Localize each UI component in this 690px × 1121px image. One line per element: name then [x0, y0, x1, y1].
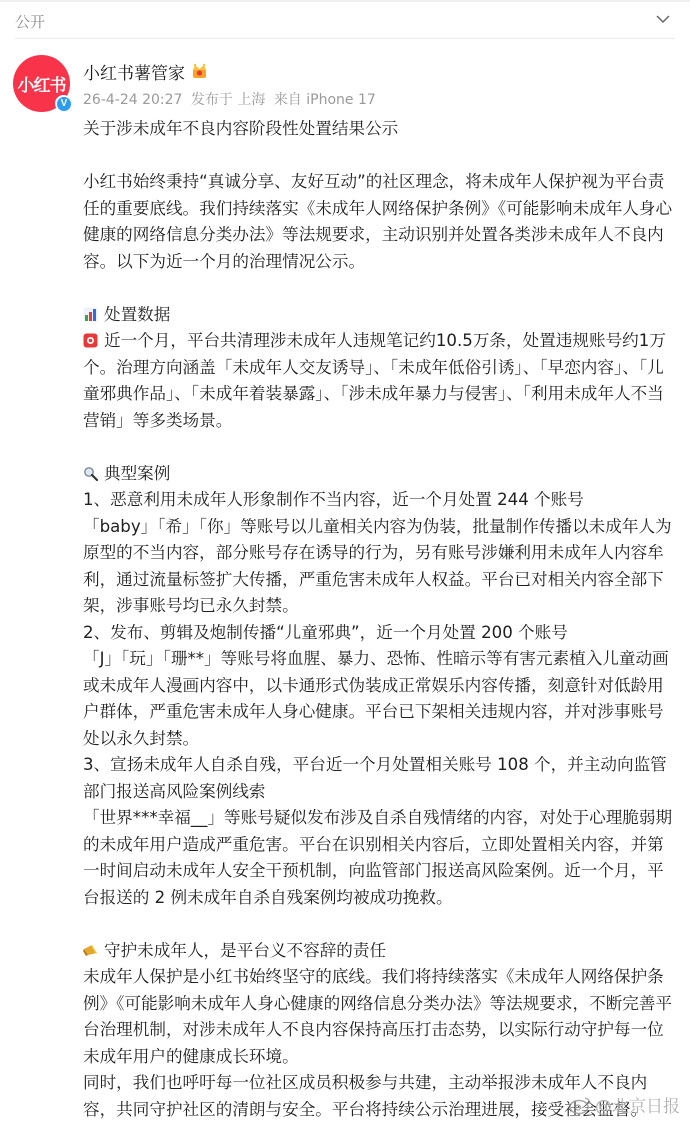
case-1-title: 1、恶意利用未成年人形象制作不当内容，近一个月处置 244 个账号 — [83, 487, 675, 514]
post-intro: 小红书始终秉持“真诚分享、友好互动”的社区理念，将未成年人保护视为平台责任的重要… — [83, 169, 675, 275]
crown-icon — [191, 63, 208, 79]
megaphone-icon — [83, 943, 98, 958]
case-2-title: 2、发布、剪辑及炮制传播“儿童邪典”，近一个月处置 200 个账号 — [83, 620, 675, 647]
post-device: 来自 iPhone 17 — [274, 92, 376, 108]
case-3-title: 3、宣扬未成年人自杀自残，平台近一个月处置相关账号 108 个，并主动向监管部门… — [83, 752, 675, 805]
case-2-body: 「J」「玩」「珊**」等账号将血腥、暴力、恐怖、性暗示等有害元素植入儿童动画或未… — [83, 646, 675, 752]
post-content: 关于涉未成年不良内容阶段性处置结果公示 小红书始终秉持“真诚分享、友好互动”的社… — [83, 116, 675, 1121]
responsibility-paragraph-1: 未成年人保护是小红书始终坚守的底线。我们将持续落实《未成年人网络保护条例》《可能… — [83, 964, 675, 1070]
visibility-label: 公开 — [15, 11, 45, 32]
source-watermark: @北京日报 — [568, 1092, 680, 1117]
post-meta: 26-4-24 20:27 发布于 上海 来自 iPhone 17 — [83, 89, 380, 109]
case-3-body: 「世界***幸福__」等账号疑似发布涉及自杀自残情绪的内容，对处于心理脆弱期的未… — [83, 805, 675, 911]
weibo-logo-icon — [568, 1095, 592, 1115]
author-name-row: 小红书薯管家 — [83, 59, 208, 83]
section-heading-data: 处置数据 — [83, 302, 675, 329]
red-badge-icon — [83, 333, 98, 348]
post-time: 26-4-24 20:27 — [83, 92, 182, 108]
visibility-selector[interactable]: 公开 — [15, 2, 675, 39]
section-heading-cases: 典型案例 — [83, 461, 675, 488]
magnifier-icon — [83, 466, 98, 481]
verified-v-icon: V — [55, 95, 72, 112]
author-header: 小红书 V 小红书薯管家 26-4-24 20:27 发布于 上海 来自 iPh… — [13, 55, 673, 115]
author-name[interactable]: 小红书薯管家 — [83, 59, 185, 84]
avatar-logo-text: 小红书 — [18, 71, 66, 96]
post-location: 发布于 上海 — [191, 92, 265, 108]
chevron-down-icon[interactable] — [655, 12, 671, 26]
bar-chart-icon — [83, 307, 98, 322]
post-title: 关于涉未成年不良内容阶段性处置结果公示 — [83, 116, 675, 143]
section-data-paragraph: 近一个月，平台共清理涉未成年人违规笔记约10.5万条，处置违规账号约1万个。治理… — [83, 328, 675, 434]
section-heading-responsibility: 守护未成年人，是平台义不容辞的责任 — [83, 938, 675, 965]
avatar[interactable]: 小红书 V — [13, 55, 70, 112]
case-1-body: 「baby」「希」「你」等账号以儿童相关内容为伪装，批量制作传播以未成年人为原型… — [83, 514, 675, 620]
